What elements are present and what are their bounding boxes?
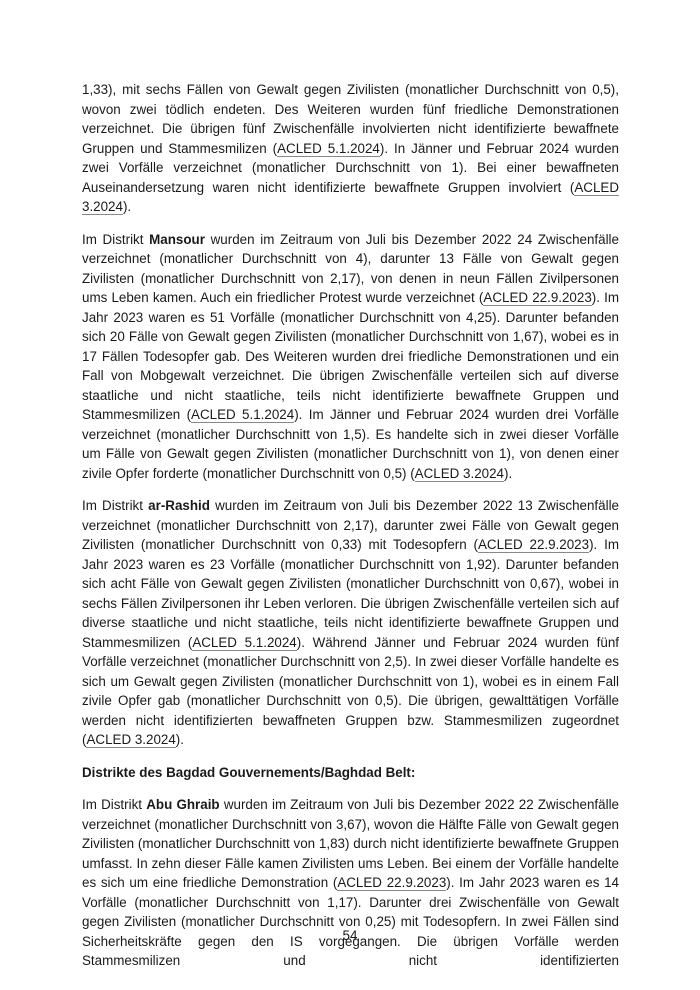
page-number: 54 xyxy=(0,928,700,943)
citation-link[interactable]: ACLED 5.1.2024 xyxy=(277,141,380,157)
text-run: Im Distrikt xyxy=(82,797,146,812)
citation-link[interactable]: ACLED 22.9.2023 xyxy=(483,290,591,306)
text-run: Im Distrikt xyxy=(82,498,148,513)
paragraph: Im Distrikt Abu Ghraib wurden im Zeitrau… xyxy=(82,795,619,971)
section-heading: Distrikte des Bagdad Gouvernements/Baghd… xyxy=(82,763,619,783)
document-body: 1,33), mit sechs Fällen von Gewalt gegen… xyxy=(82,80,619,984)
district-name: Abu Ghraib xyxy=(146,797,219,812)
text-run: ). xyxy=(504,466,512,481)
paragraph: Im Distrikt ar-Rashid wurden im Zeitraum… xyxy=(82,496,619,750)
text-run: ). Während Jänner und Februar 2024 wurde… xyxy=(82,635,619,748)
citation-link[interactable]: ACLED 5.1.2024 xyxy=(192,635,296,651)
text-run: Im Distrikt xyxy=(82,232,149,247)
text-run: ). Im Jahr 2023 waren es 51 Vorfälle (mo… xyxy=(82,290,619,422)
text-run: Distrikte des Bagdad Gouvernements/Baghd… xyxy=(82,765,415,780)
district-name: Mansour xyxy=(149,232,205,247)
citation-link[interactable]: ACLED 22.9.2023 xyxy=(478,537,589,553)
citation-link[interactable]: ACLED 3.2024 xyxy=(86,732,175,748)
district-name: ar-Rashid xyxy=(148,498,210,513)
citation-link[interactable]: ACLED 22.9.2023 xyxy=(337,875,446,891)
text-run: ). Im Jahr 2023 waren es 23 Vorfälle (mo… xyxy=(82,537,619,650)
text-run: ). xyxy=(123,199,131,214)
paragraph: 1,33), mit sechs Fällen von Gewalt gegen… xyxy=(82,80,619,217)
citation-link[interactable]: ACLED 3.2024 xyxy=(415,466,504,482)
paragraph: Im Distrikt Mansour wurden im Zeitraum v… xyxy=(82,230,619,484)
text-run: ). xyxy=(176,732,184,747)
citation-link[interactable]: ACLED 5.1.2024 xyxy=(191,407,294,423)
